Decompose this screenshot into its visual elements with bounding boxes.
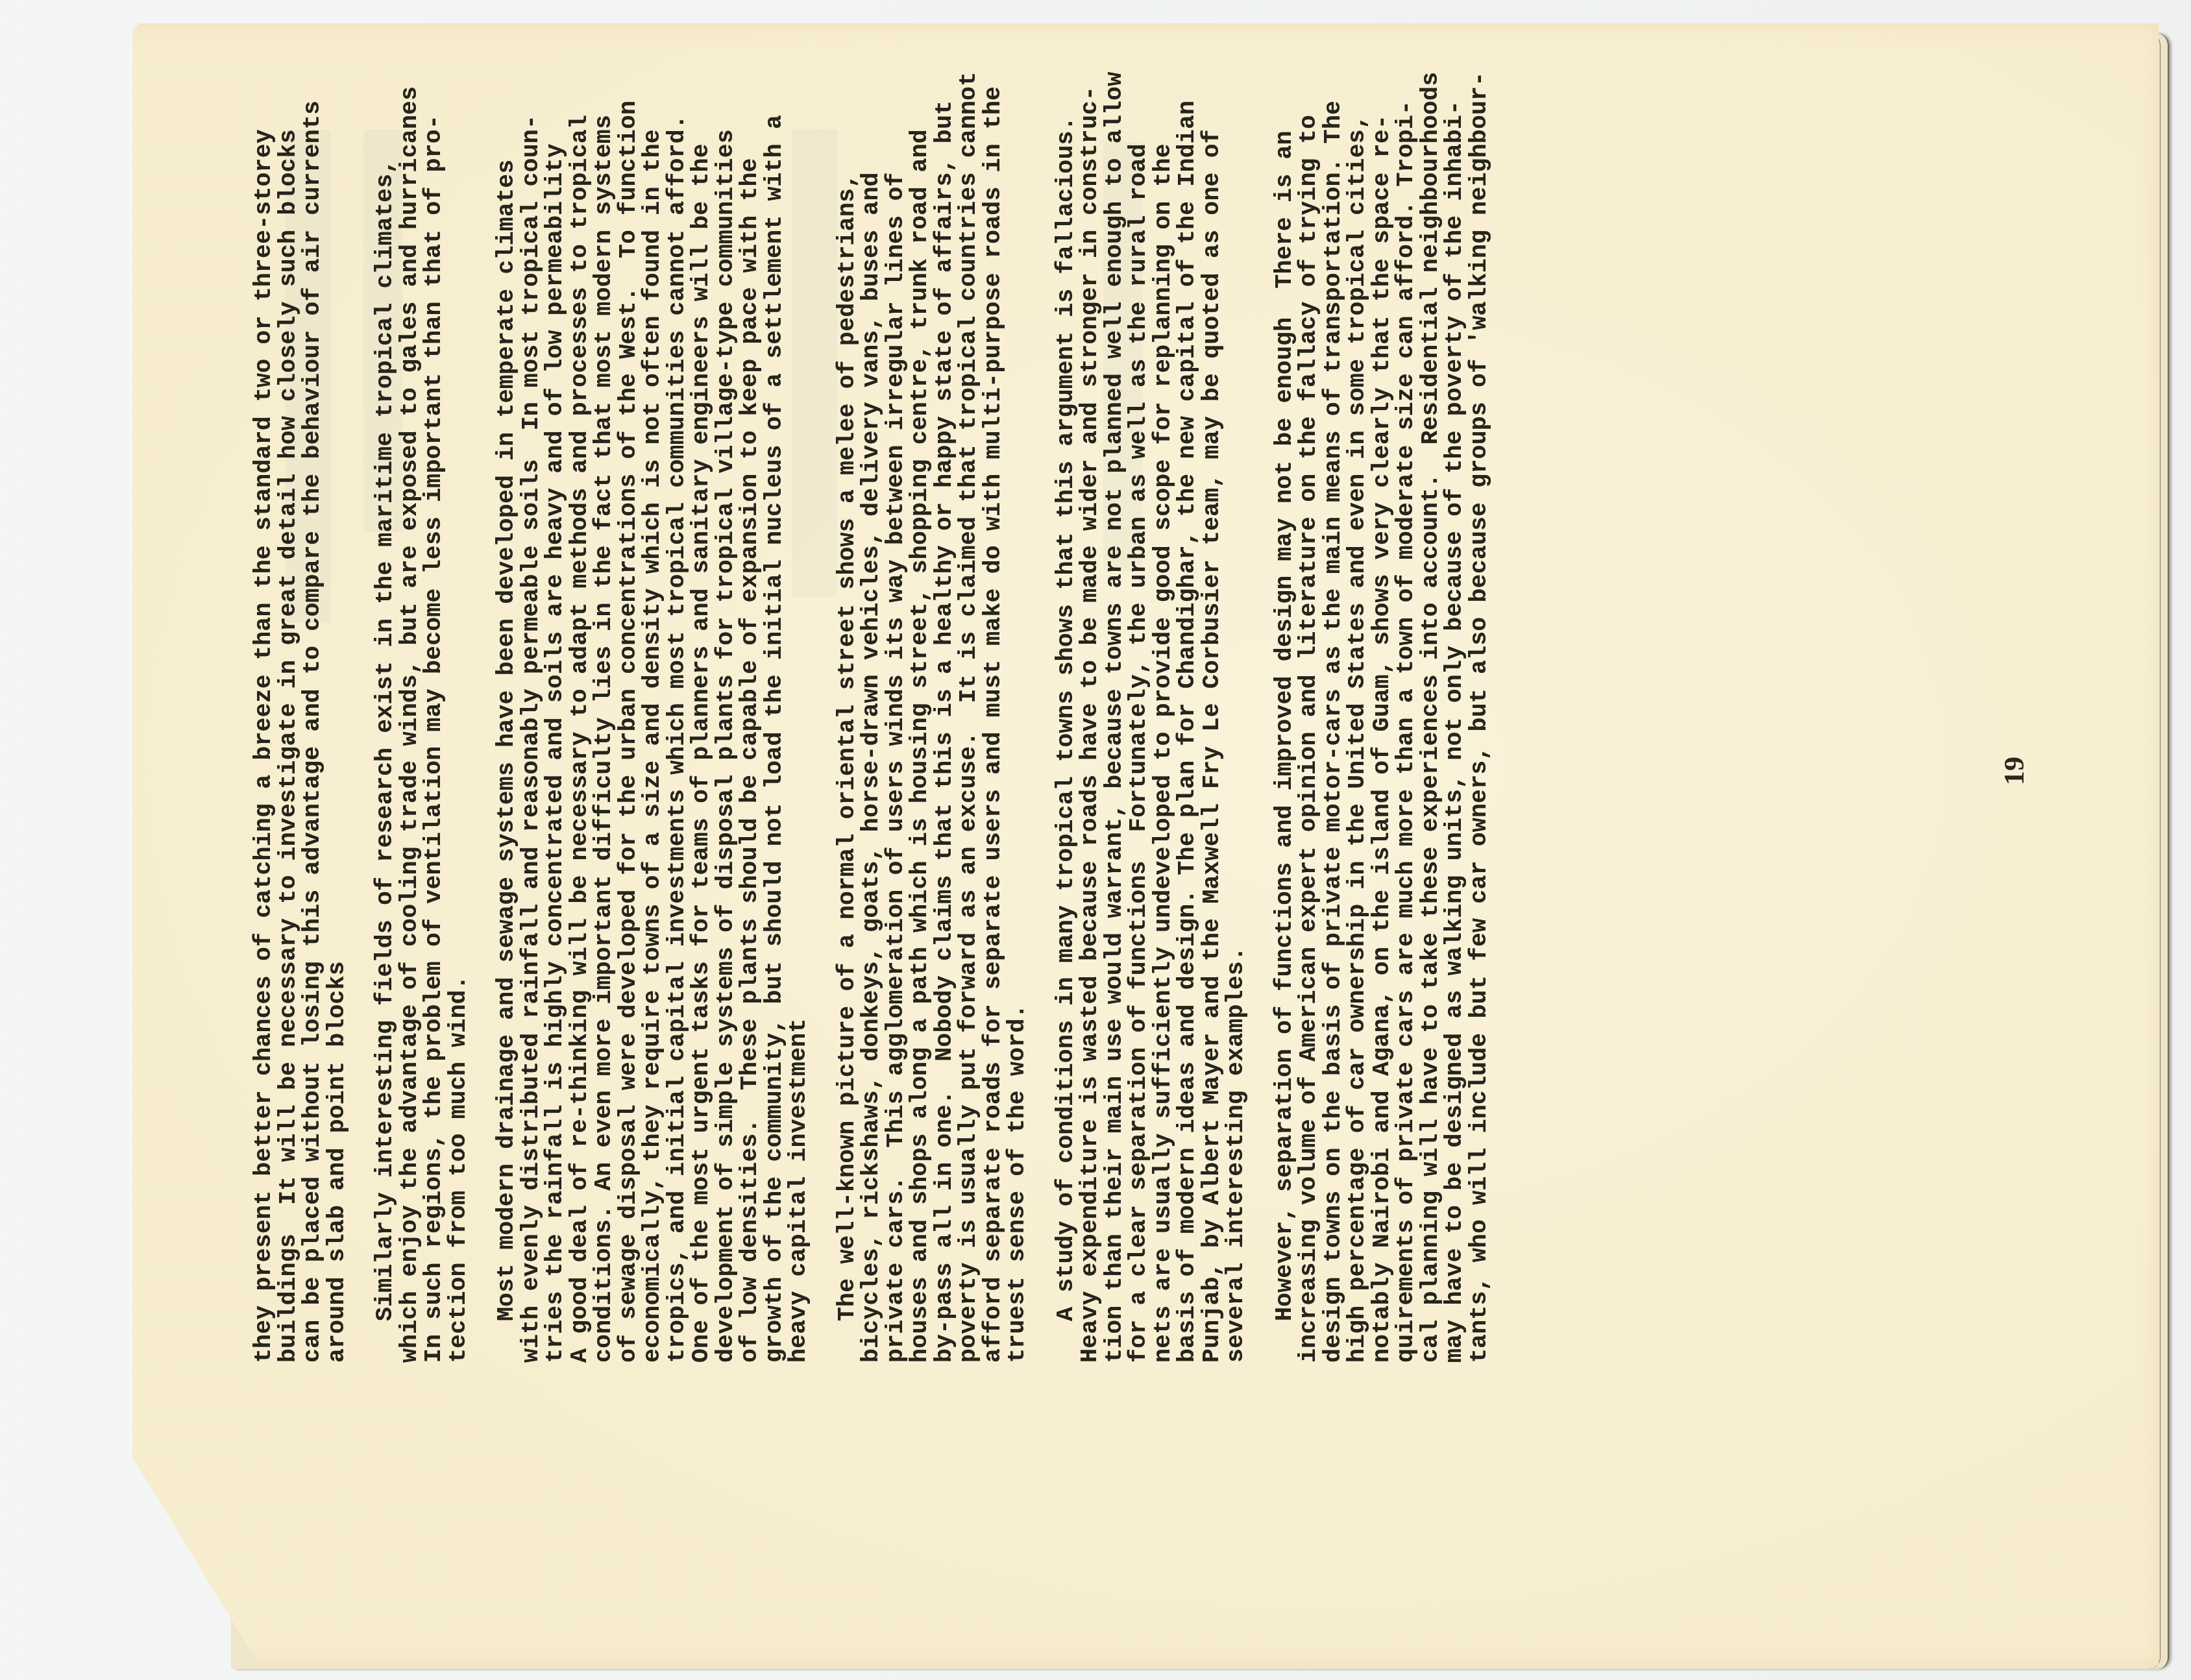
text-line: buildings It will be necessary to invest… — [276, 110, 301, 1363]
text-line: around slab and point blocks — [325, 110, 350, 1363]
text-line: However, separation of functions and imp… — [1273, 110, 1297, 1363]
text-line: tants, who will include but few car owne… — [1467, 110, 1492, 1363]
text-line: afford separate roads for separate users… — [981, 110, 1006, 1363]
paragraph-oriental-street: The well-known picture of a normal orien… — [835, 110, 1030, 1363]
text-line: Similarly interesting fields of research… — [373, 110, 398, 1363]
text-line: by-pass all in one. Nobody claims that t… — [933, 110, 957, 1363]
text-line: cal planning will have to take these exp… — [1419, 110, 1443, 1363]
text-line: which enjoy the advantage of cooling tra… — [398, 110, 422, 1363]
text-line: private cars. This agglomeration of user… — [884, 110, 909, 1363]
paragraph-ventilation: they present better chances of catching … — [252, 110, 349, 1363]
text-line: economically, they require towns of a si… — [641, 110, 665, 1363]
text-line: notably Nairobi and Agana, on the island… — [1370, 110, 1395, 1363]
paragraph-drainage: Most modern drainage and sewage systems … — [495, 110, 811, 1363]
text-line: Punjab, by Albert Mayer and the Maxwell … — [1200, 110, 1225, 1363]
paragraph-separation: However, separation of functions and imp… — [1273, 110, 1492, 1363]
paragraph-tropical-towns: A study of conditions in many tropical t… — [1054, 110, 1249, 1363]
text-line: can be placed without losing this advant… — [300, 110, 325, 1363]
text-line: tection from too much wind. — [447, 110, 471, 1363]
text-line: quirements of private cars are much more… — [1394, 110, 1419, 1363]
text-line: with evenly distributed rainfall and rea… — [519, 110, 544, 1363]
text-line: Heavy expenditure is wasted because road… — [1078, 110, 1103, 1363]
text-line: tion than their main use would warrant, … — [1103, 110, 1127, 1363]
text-line: tries the rainfall is highly concentrate… — [543, 110, 568, 1363]
text-line: tropics, and initial capital investments… — [665, 110, 690, 1363]
text-line: A study of conditions in many tropical t… — [1054, 110, 1079, 1363]
text-line: The well-known picture of a normal orien… — [835, 110, 860, 1363]
paragraph-research: Similarly interesting fields of research… — [373, 110, 471, 1363]
text-line: growth of the community, but should not … — [763, 110, 787, 1363]
text-line: for a clear separation of functions Fort… — [1127, 110, 1151, 1363]
text-line: conditions. An even more important diffi… — [592, 110, 617, 1363]
scan-background: they present better chances of catching … — [0, 0, 2191, 1680]
text-line: development of simple systems of disposa… — [714, 110, 739, 1363]
text-line: design towns on the basis of private mot… — [1321, 110, 1346, 1363]
text-line: increasing volume of American expert opi… — [1297, 110, 1321, 1363]
rotated-text-block: they present better chances of catching … — [195, 110, 2077, 1363]
text-line: heavy capital investment — [787, 110, 811, 1363]
text-line: In such regions, the problem of ventilat… — [422, 110, 447, 1363]
text-line: Most modern drainage and sewage systems … — [495, 110, 519, 1363]
text-line: may have to be designed as walking units… — [1443, 110, 1467, 1363]
text-line: poverty is usually put forward as an exc… — [957, 110, 981, 1363]
text-line: bicycles, rickshaws, donkeys, goats, hor… — [859, 110, 884, 1363]
document-body: they present better chances of catching … — [252, 110, 1491, 1363]
text-line: basis of modern ideas and design. The pl… — [1175, 110, 1200, 1363]
text-line: they present better chances of catching … — [252, 110, 276, 1363]
text-line: houses and shops along a path which is h… — [908, 110, 933, 1363]
page-number: 19 — [1998, 757, 2031, 785]
text-line: of low densities. These plants should be… — [738, 110, 763, 1363]
text-line: A good deal of re-thinking will be neces… — [568, 110, 593, 1363]
text-line: high percentage of car ownership in the … — [1345, 110, 1370, 1363]
text-line: truest sense of the word. — [1005, 110, 1030, 1363]
text-line: nets are usually sufficiently undevelope… — [1151, 110, 1176, 1363]
text-line: several interesting examples. — [1224, 110, 1249, 1363]
text-line: One of the most urgent tasks for teams o… — [689, 110, 714, 1363]
text-line: of sewage disposal were developed for th… — [617, 110, 641, 1363]
